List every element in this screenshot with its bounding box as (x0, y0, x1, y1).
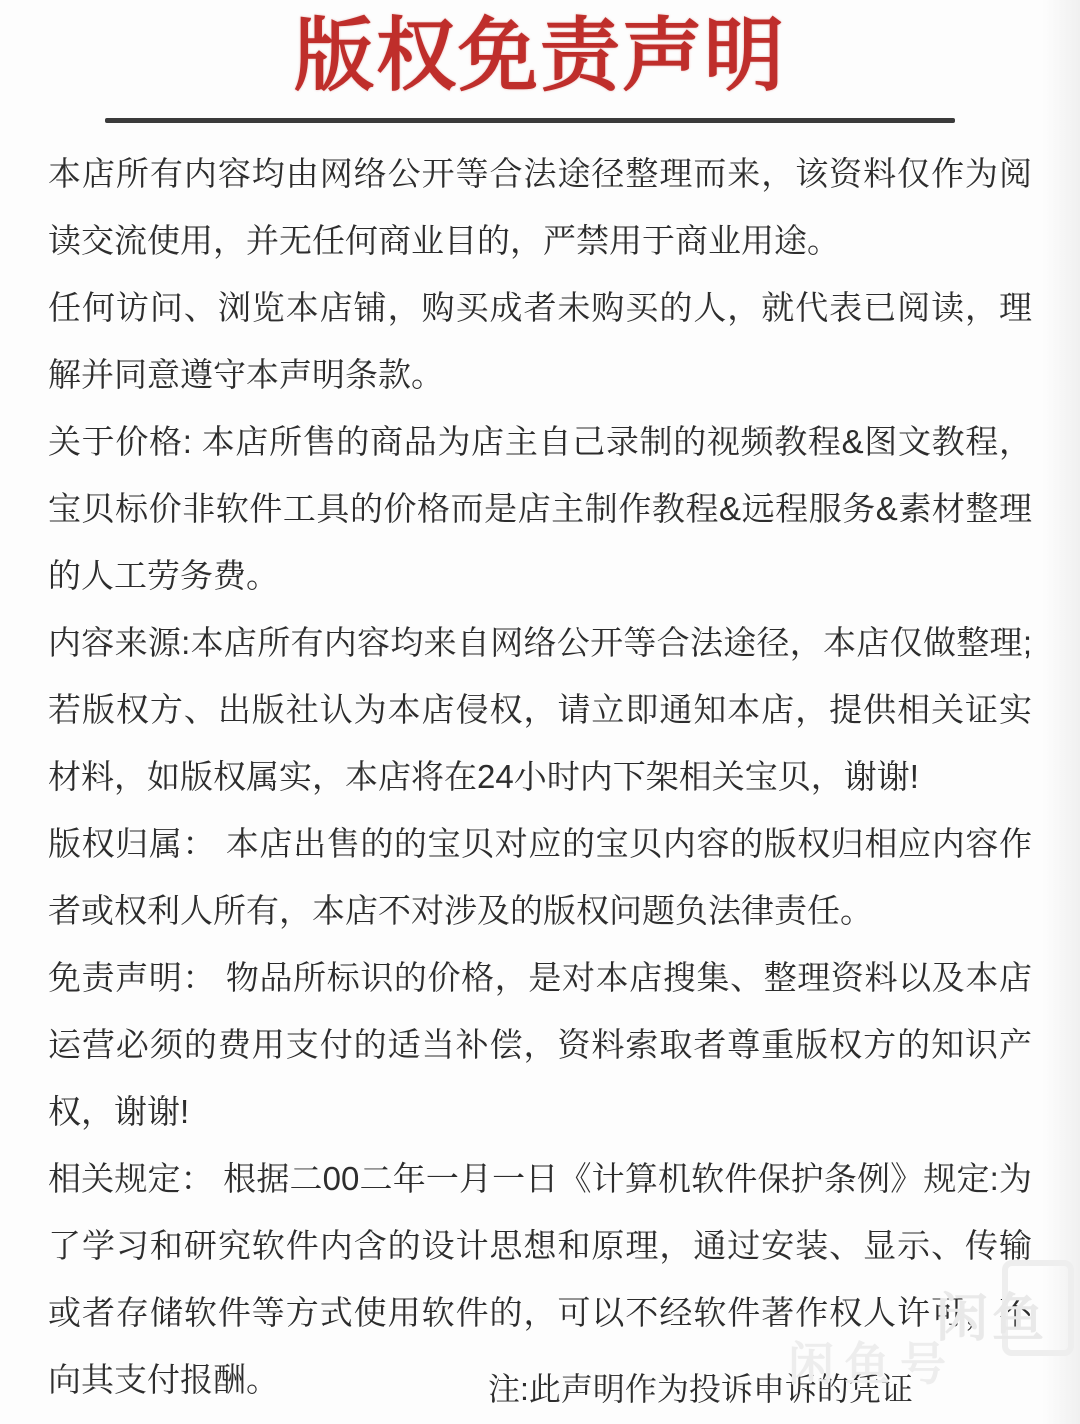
xianyu-watermark-account: 闲鱼号 (788, 1328, 956, 1394)
document-body: 本店所有内容均由网络公开等合法途径整理而来，该资料仅作为阅读交流使用，并无任何商… (48, 140, 1032, 1413)
paragraph-text: 内容来源:本店所有内容均来自网络公开等合法途径，本店仅做整理;若版权方、出版社认… (48, 609, 1032, 810)
page-title: 版权免责声明 (0, 0, 1080, 102)
paragraph-text: 本店所有内容均由网络公开等合法途径整理而来，该资料仅作为阅读交流使用，并无任何商… (48, 140, 1032, 274)
disclaimer-page: 版权免责声明 本店所有内容均由网络公开等合法途径整理而来，该资料仅作为阅读交流使… (0, 0, 1080, 1424)
paragraph-text: 版权归属： 本店出售的的宝贝对应的宝贝内容的版权归相应内容作者或权利人所有，本店… (48, 810, 1032, 944)
title-underline (105, 118, 955, 123)
paragraph-text: 任何访问、浏览本店铺，购买成者未购买的人，就代表已阅读，理解并同意遵守本声明条款… (48, 274, 1032, 408)
paragraph-text: 免责声明： 物品所标识的价格，是对本店搜集、整理资料以及本店运营必须的费用支付的… (48, 944, 1032, 1145)
paragraph-text: 关于价格: 本店所售的商品为店主自己录制的视频教程&图文教程，宝贝标价非软件工具… (48, 408, 1032, 609)
